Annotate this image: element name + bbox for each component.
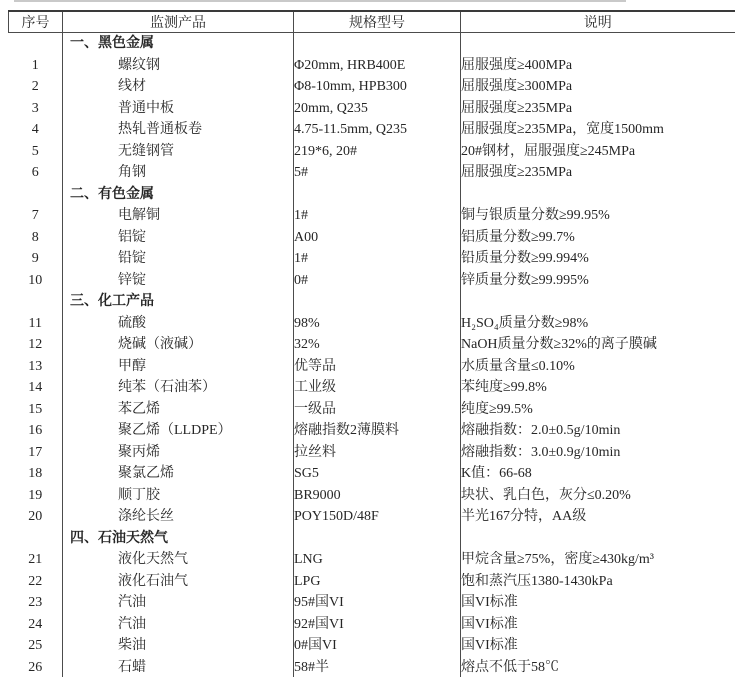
- spec-cell: 一级品: [294, 399, 461, 421]
- product-name-cell: 汽油: [63, 614, 294, 636]
- spec-cell: 20mm, Q235: [294, 98, 461, 120]
- product-name-cell: 聚氯乙烯: [63, 463, 294, 485]
- product-name-cell: 苯乙烯: [63, 399, 294, 421]
- product-name-cell: 线材: [63, 76, 294, 98]
- row-number-cell: 19: [9, 485, 63, 507]
- table-row: 12烧碱（液碱）32%NaOH质量分数≥32%的离子膜碱: [9, 334, 735, 356]
- spec-cell: 95#国VI: [294, 592, 461, 614]
- spec-cell: 拉丝料: [294, 442, 461, 464]
- spec-cell: [294, 184, 461, 206]
- desc-cell: [461, 528, 735, 550]
- category-name-cell: 四、石油天然气: [63, 528, 294, 550]
- desc-cell: 国VI标准: [461, 592, 735, 614]
- desc-cell: 纯度≥99.5%: [461, 399, 735, 421]
- row-number-cell: [9, 291, 63, 313]
- spec-cell: [294, 291, 461, 313]
- spec-cell: 219*6, 20#: [294, 141, 461, 163]
- spec-cell: Φ20mm, HRB400E: [294, 55, 461, 77]
- product-name-cell: 螺纹钢: [63, 55, 294, 77]
- table-row: 20涤纶长丝POY150D/48F半光167分特，AA级: [9, 506, 735, 528]
- desc-cell: 熔融指数：3.0±0.9g/10min: [461, 442, 735, 464]
- product-name-cell: 甲醇: [63, 356, 294, 378]
- product-name-cell: 液化天然气: [63, 549, 294, 571]
- category-name-cell: 三、化工产品: [63, 291, 294, 313]
- row-number-cell: 17: [9, 442, 63, 464]
- desc-cell: [461, 184, 735, 206]
- row-number-cell: 11: [9, 313, 63, 335]
- spec-cell: 1#: [294, 205, 461, 227]
- spec-cell: 32%: [294, 334, 461, 356]
- table-row: 4热轧普通板卷4.75-11.5mm, Q235屈服强度≥235MPa，宽度15…: [9, 119, 735, 141]
- row-number-cell: 3: [9, 98, 63, 120]
- category-name-cell: 二、有色金属: [63, 184, 294, 206]
- desc-cell: 铜与银质量分数≥99.95%: [461, 205, 735, 227]
- product-name-cell: 铝锭: [63, 227, 294, 249]
- header-product: 监测产品: [63, 11, 294, 33]
- table-header: 序号 监测产品 规格型号 说明: [9, 11, 735, 33]
- spec-cell: 98%: [294, 313, 461, 335]
- product-name-cell: 顺丁胶: [63, 485, 294, 507]
- product-name-cell: 汽油: [63, 592, 294, 614]
- desc-cell: 屈服强度≥235MPa: [461, 98, 735, 120]
- table-row: 8铝锭A00铝质量分数≥99.7%: [9, 227, 735, 249]
- product-name-cell: 聚乙烯（LLDPE）: [63, 420, 294, 442]
- spec-cell: 5#: [294, 162, 461, 184]
- desc-cell: 屈服强度≥235MPa: [461, 162, 735, 184]
- category-row: 一、黑色金属: [9, 33, 735, 55]
- product-name-cell: 纯苯（石油苯）: [63, 377, 294, 399]
- table-row: 7电解铜1#铜与银质量分数≥99.95%: [9, 205, 735, 227]
- category-row: 三、化工产品: [9, 291, 735, 313]
- product-name-cell: 烧碱（液碱）: [63, 334, 294, 356]
- table-row: 22液化石油气LPG饱和蒸汽压1380-1430kPa: [9, 571, 735, 593]
- spec-cell: BR9000: [294, 485, 461, 507]
- monitor-products-table: 序号 监测产品 规格型号 说明 一、黑色金属1螺纹钢Φ20mm, HRB400E…: [8, 10, 735, 677]
- row-number-cell: 16: [9, 420, 63, 442]
- top-divider: [14, 0, 626, 2]
- desc-cell: 铝质量分数≥99.7%: [461, 227, 735, 249]
- table-row: 19顺丁胶BR9000块状、乳白色，灰分≤0.20%: [9, 485, 735, 507]
- spec-cell: LPG: [294, 571, 461, 593]
- spec-cell: [294, 33, 461, 55]
- row-number-cell: [9, 33, 63, 55]
- row-number-cell: 25: [9, 635, 63, 657]
- table-row: 18聚氯乙烯SG5K值：66-68: [9, 463, 735, 485]
- row-number-cell: 12: [9, 334, 63, 356]
- row-number-cell: 10: [9, 270, 63, 292]
- row-number-cell: 14: [9, 377, 63, 399]
- category-name-cell: 一、黑色金属: [63, 33, 294, 55]
- row-number-cell: [9, 184, 63, 206]
- row-number-cell: 24: [9, 614, 63, 636]
- header-desc: 说明: [461, 11, 735, 33]
- desc-cell: 铅质量分数≥99.994%: [461, 248, 735, 270]
- desc-cell: [461, 291, 735, 313]
- table-row: 11硫酸98%H₂SO₄质量分数≥98%: [9, 313, 735, 335]
- spec-cell: A00: [294, 227, 461, 249]
- row-number-cell: 22: [9, 571, 63, 593]
- desc-cell: 熔点不低于58℃: [461, 657, 735, 677]
- desc-cell: 锌质量分数≥99.995%: [461, 270, 735, 292]
- row-number-cell: 26: [9, 657, 63, 677]
- spec-cell: 92#国VI: [294, 614, 461, 636]
- product-name-cell: 电解铜: [63, 205, 294, 227]
- table-row: 17聚丙烯拉丝料熔融指数：3.0±0.9g/10min: [9, 442, 735, 464]
- row-number-cell: 20: [9, 506, 63, 528]
- desc-cell: 熔融指数：2.0±0.5g/10min: [461, 420, 735, 442]
- row-number-cell: 18: [9, 463, 63, 485]
- product-name-cell: 液化石油气: [63, 571, 294, 593]
- table-row: 16聚乙烯（LLDPE）熔融指数2薄膜料熔融指数：2.0±0.5g/10min: [9, 420, 735, 442]
- product-name-cell: 无缝钢管: [63, 141, 294, 163]
- table-row: 25柴油0#国VI国VI标准: [9, 635, 735, 657]
- desc-cell: 苯纯度≥99.8%: [461, 377, 735, 399]
- desc-cell: 屈服强度≥300MPa: [461, 76, 735, 98]
- table-row: 15苯乙烯一级品纯度≥99.5%: [9, 399, 735, 421]
- category-row: 二、有色金属: [9, 184, 735, 206]
- spec-cell: LNG: [294, 549, 461, 571]
- document-page: 序号 监测产品 规格型号 说明 一、黑色金属1螺纹钢Φ20mm, HRB400E…: [0, 0, 740, 677]
- spec-cell: 0#国VI: [294, 635, 461, 657]
- row-number-cell: 9: [9, 248, 63, 270]
- row-number-cell: [9, 528, 63, 550]
- spec-cell: 0#: [294, 270, 461, 292]
- product-name-cell: 聚丙烯: [63, 442, 294, 464]
- table-row: 9铅锭1#铅质量分数≥99.994%: [9, 248, 735, 270]
- product-name-cell: 锌锭: [63, 270, 294, 292]
- table-row: 13甲醇优等品水质量含量≤0.10%: [9, 356, 735, 378]
- category-row: 四、石油天然气: [9, 528, 735, 550]
- row-number-cell: 5: [9, 141, 63, 163]
- row-number-cell: 13: [9, 356, 63, 378]
- product-name-cell: 硫酸: [63, 313, 294, 335]
- desc-cell: [461, 33, 735, 55]
- table-row: 24汽油92#国VI国VI标准: [9, 614, 735, 636]
- desc-cell: 块状、乳白色，灰分≤0.20%: [461, 485, 735, 507]
- product-name-cell: 石蜡: [63, 657, 294, 677]
- row-number-cell: 15: [9, 399, 63, 421]
- header-spec: 规格型号: [294, 11, 461, 33]
- desc-cell: 屈服强度≥400MPa: [461, 55, 735, 77]
- desc-cell: 20#钢材，屈服强度≥245MPa: [461, 141, 735, 163]
- desc-cell: 国VI标准: [461, 614, 735, 636]
- product-name-cell: 涤纶长丝: [63, 506, 294, 528]
- product-name-cell: 角钢: [63, 162, 294, 184]
- table-row: 10锌锭0#锌质量分数≥99.995%: [9, 270, 735, 292]
- row-number-cell: 2: [9, 76, 63, 98]
- table-row: 3普通中板20mm, Q235屈服强度≥235MPa: [9, 98, 735, 120]
- spec-cell: 工业级: [294, 377, 461, 399]
- spec-cell: SG5: [294, 463, 461, 485]
- table-row: 21液化天然气LNG甲烷含量≥75%，密度≥430kg/m³: [9, 549, 735, 571]
- row-number-cell: 21: [9, 549, 63, 571]
- product-name-cell: 柴油: [63, 635, 294, 657]
- desc-cell: 水质量含量≤0.10%: [461, 356, 735, 378]
- row-number-cell: 8: [9, 227, 63, 249]
- desc-cell: NaOH质量分数≥32%的离子膜碱: [461, 334, 735, 356]
- table-row: 23汽油95#国VI国VI标准: [9, 592, 735, 614]
- spec-cell: Φ8-10mm, HPB300: [294, 76, 461, 98]
- desc-cell: 国VI标准: [461, 635, 735, 657]
- table-body: 一、黑色金属1螺纹钢Φ20mm, HRB400E屈服强度≥400MPa2线材Φ8…: [9, 33, 735, 677]
- monitor-products-table-wrap: 序号 监测产品 规格型号 说明 一、黑色金属1螺纹钢Φ20mm, HRB400E…: [8, 10, 734, 677]
- spec-cell: 4.75-11.5mm, Q235: [294, 119, 461, 141]
- product-name-cell: 铅锭: [63, 248, 294, 270]
- row-number-cell: 1: [9, 55, 63, 77]
- spec-cell: 优等品: [294, 356, 461, 378]
- table-row: 26石蜡58#半熔点不低于58℃: [9, 657, 735, 677]
- desc-cell: 屈服强度≥235MPa，宽度1500mm: [461, 119, 735, 141]
- row-number-cell: 4: [9, 119, 63, 141]
- spec-cell: POY150D/48F: [294, 506, 461, 528]
- row-number-cell: 6: [9, 162, 63, 184]
- header-num: 序号: [9, 11, 63, 33]
- header-row: 序号 监测产品 规格型号 说明: [9, 11, 735, 33]
- desc-cell: 甲烷含量≥75%，密度≥430kg/m³: [461, 549, 735, 571]
- spec-cell: 58#半: [294, 657, 461, 677]
- spec-cell: [294, 528, 461, 550]
- desc-cell: 饱和蒸汽压1380-1430kPa: [461, 571, 735, 593]
- desc-cell: H₂SO₄质量分数≥98%: [461, 313, 735, 335]
- product-name-cell: 普通中板: [63, 98, 294, 120]
- spec-cell: 1#: [294, 248, 461, 270]
- table-row: 2线材Φ8-10mm, HPB300屈服强度≥300MPa: [9, 76, 735, 98]
- desc-cell: 半光167分特，AA级: [461, 506, 735, 528]
- row-number-cell: 7: [9, 205, 63, 227]
- table-row: 1螺纹钢Φ20mm, HRB400E屈服强度≥400MPa: [9, 55, 735, 77]
- table-row: 5无缝钢管219*6, 20#20#钢材，屈服强度≥245MPa: [9, 141, 735, 163]
- table-row: 6角钢5#屈服强度≥235MPa: [9, 162, 735, 184]
- desc-cell: K值：66-68: [461, 463, 735, 485]
- spec-cell: 熔融指数2薄膜料: [294, 420, 461, 442]
- table-row: 14纯苯（石油苯）工业级苯纯度≥99.8%: [9, 377, 735, 399]
- row-number-cell: 23: [9, 592, 63, 614]
- product-name-cell: 热轧普通板卷: [63, 119, 294, 141]
